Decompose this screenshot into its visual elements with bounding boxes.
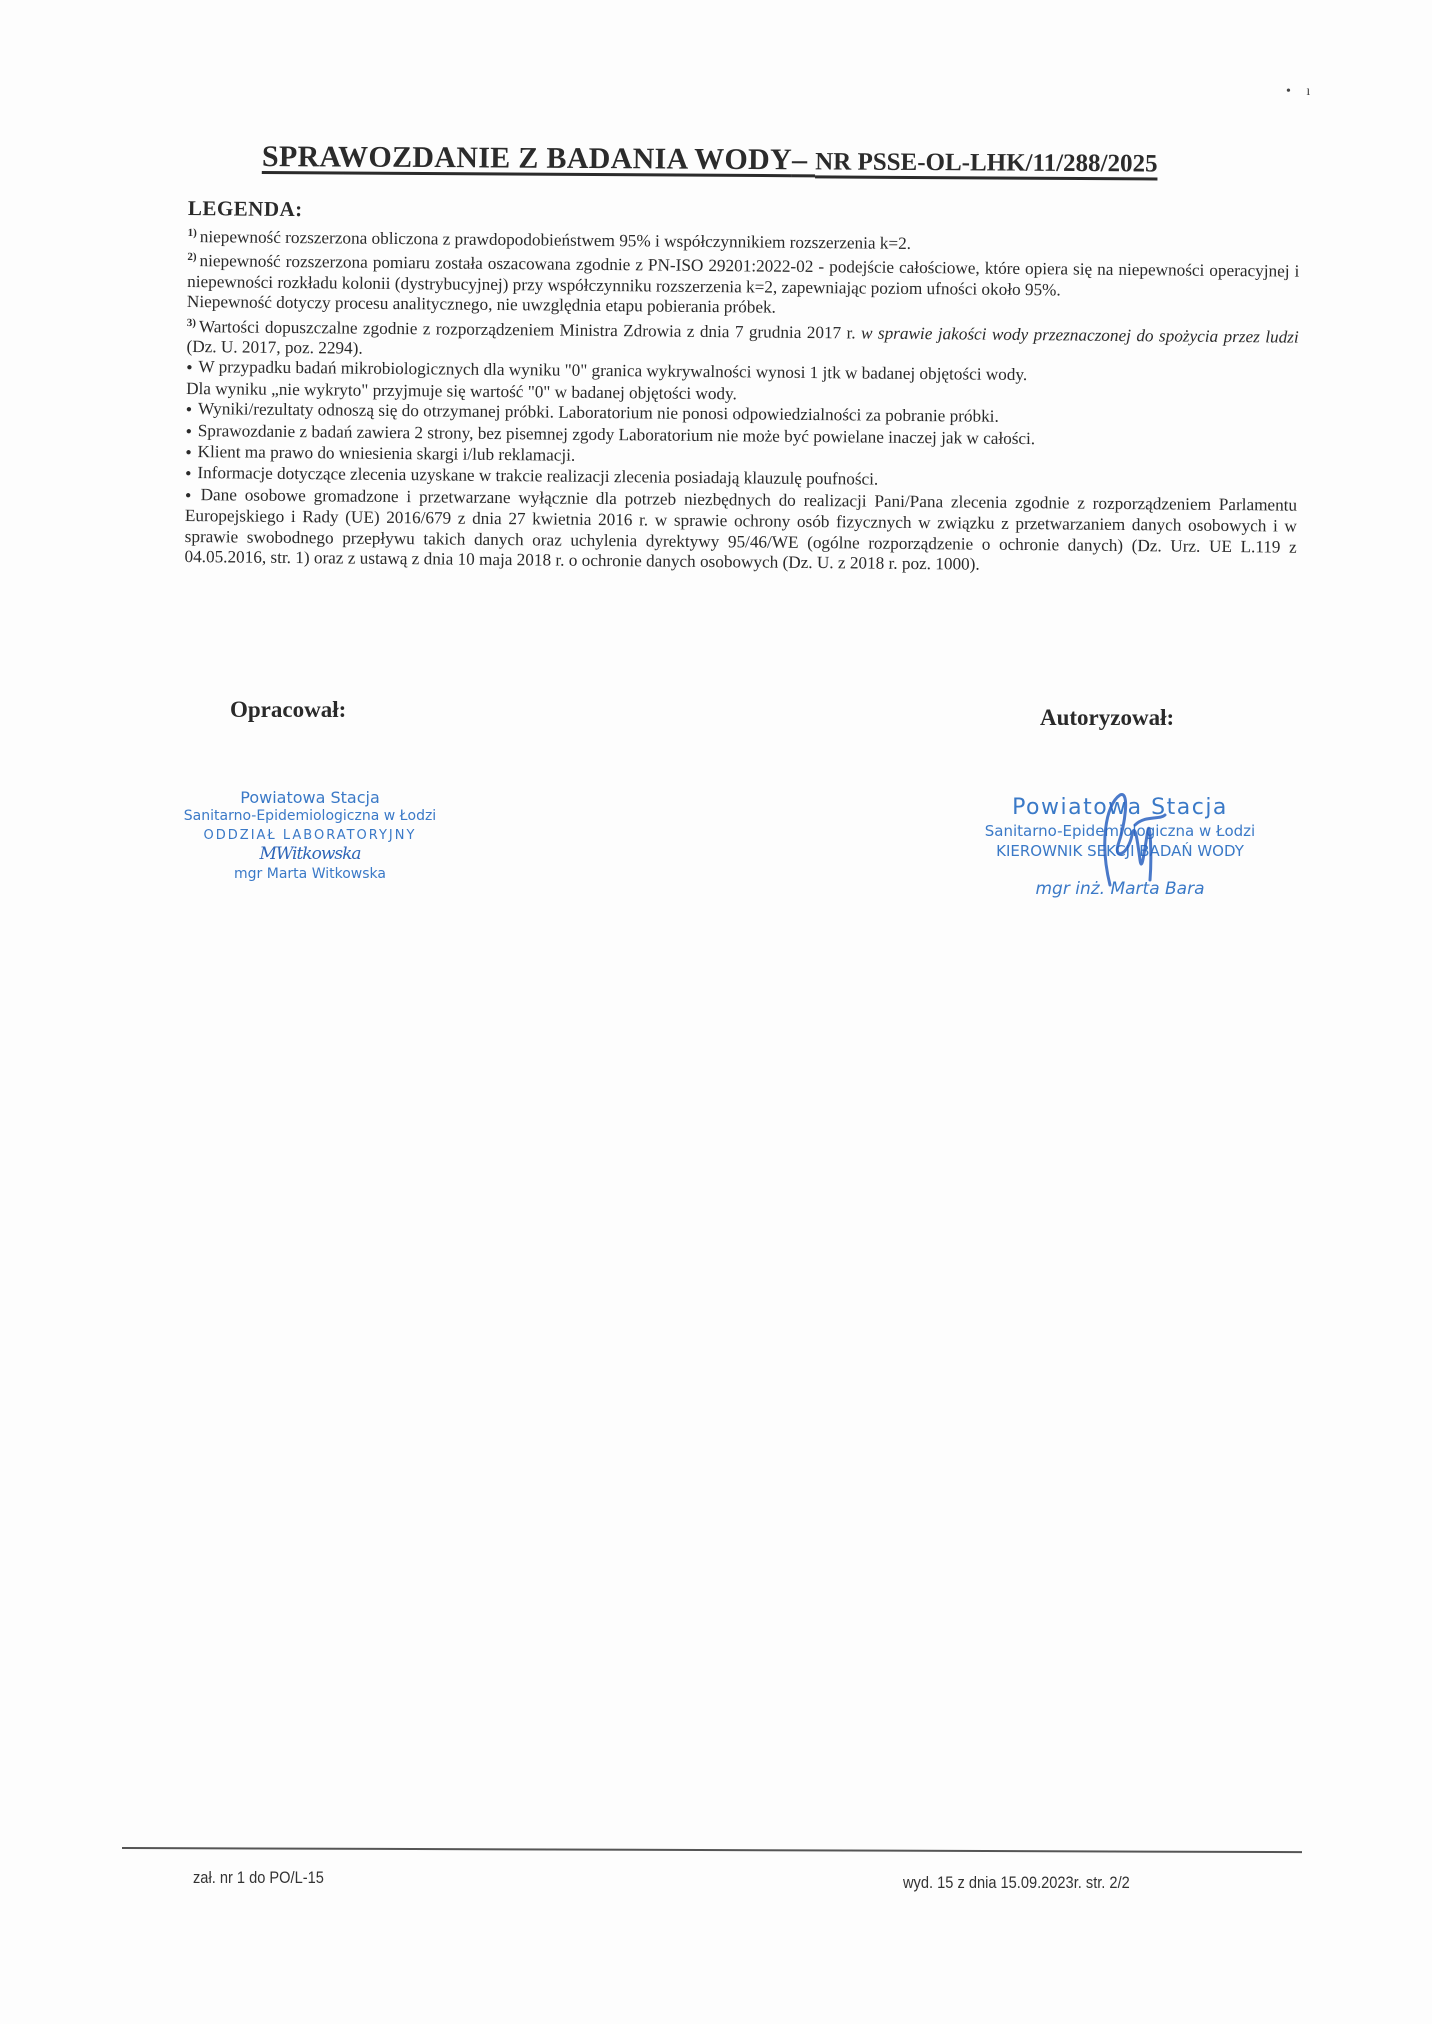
report-number: NR PSSE-OL-LHK/11/288/2025 xyxy=(815,148,1158,177)
stamp-line: ODDZIAŁ LABORATORYJNY xyxy=(160,826,460,845)
report-title: SPRAWOZDANIE Z BADANIA WODY– NR PSSE-OL-… xyxy=(262,140,1232,180)
footnote-marker: 3) xyxy=(187,317,196,329)
stamp-line: Powiatowa Stacja xyxy=(160,788,460,807)
authorized-by-label: Autoryzował: xyxy=(1040,705,1174,731)
legend-bullet: Dane osobowe gromadzone i przetwarzane w… xyxy=(184,485,1297,578)
report-title-main: SPRAWOZDANIE Z BADANIA WODY xyxy=(262,140,792,176)
document-page: • ı SPRAWOZDANIE Z BADANIA WODY– NR PSSE… xyxy=(0,0,1432,2024)
prepared-by-label: Opracował: xyxy=(230,697,346,723)
stamp-name: mgr Marta Witkowska xyxy=(160,865,460,884)
footer-form-reference: zał. nr 1 do PO/L-15 xyxy=(193,1868,324,1888)
footnote-marker: 1) xyxy=(188,227,197,239)
legend-section: LEGENDA: 1)niepewność rozszerzona oblicz… xyxy=(184,196,1300,578)
report-title-separator: – xyxy=(792,143,815,176)
footer-edition-page: wyd. 15 z dnia 15.09.2023r. str. 2/2 xyxy=(903,1873,1130,1893)
corner-marks: • ı xyxy=(1286,84,1316,100)
footnote-marker: 2) xyxy=(187,251,196,263)
handwritten-signature: MWitkowska xyxy=(160,845,460,865)
stamp-line: Sanitarno-Epidemiologiczna w Łodzi xyxy=(160,807,460,826)
handwritten-signature-icon xyxy=(1090,785,1170,895)
footer-divider xyxy=(122,1847,1302,1853)
prepared-by-stamp: Powiatowa Stacja Sanitarno-Epidemiologic… xyxy=(160,788,460,884)
